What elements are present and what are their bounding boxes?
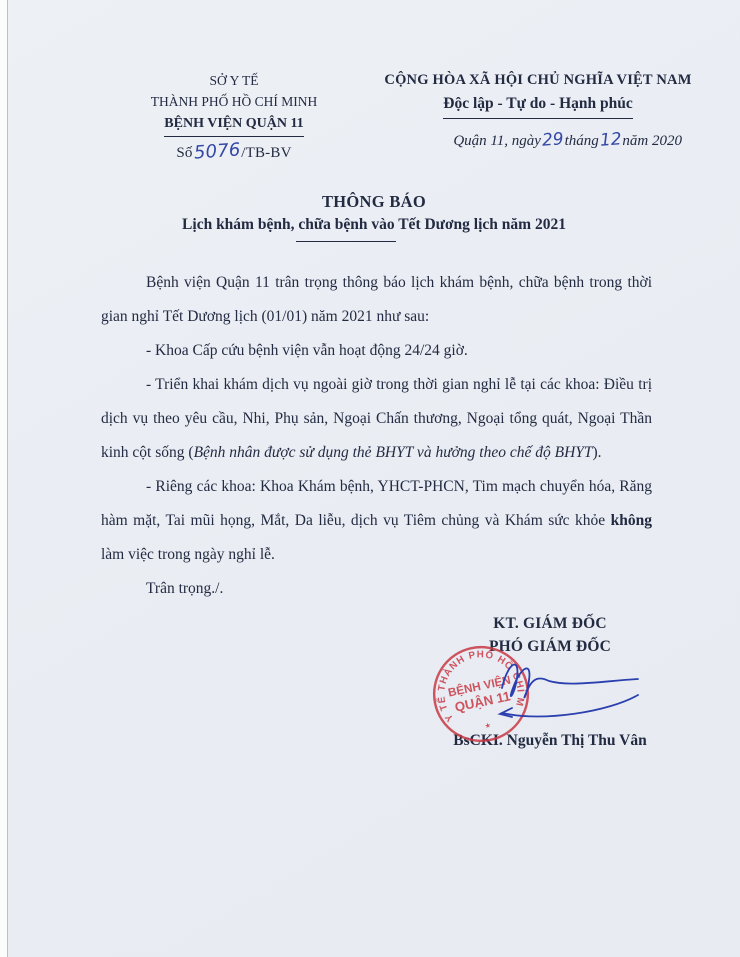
handwritten-day: 29 xyxy=(542,139,564,141)
document-number: Số5076/TB-BV xyxy=(104,143,364,164)
handwritten-month: 12 xyxy=(600,139,622,141)
national-motto-block: CỘNG HÒA XÃ HỘI CHỦ NGHĨA VIỆT NAM Độc l… xyxy=(376,70,700,150)
document-subtitle: Lịch khám bệnh, chữa bệnh vào Tết Dương … xyxy=(8,216,740,234)
paragraph-intro: Bệnh viện Quận 11 trân trọng thông báo l… xyxy=(101,266,652,334)
date-line: Quận 11, ngày29tháng12năm 2020 xyxy=(376,133,700,150)
paragraph-emergency: - Khoa Cấp cứu bệnh viện vẫn hoạt động 2… xyxy=(101,334,652,368)
motto-line: Độc lập - Tự do - Hạnh phúc xyxy=(376,93,700,119)
document-title: THÔNG BÁO xyxy=(8,192,740,212)
org-name-line: BỆNH VIỆN QUẬN 11 xyxy=(104,113,364,137)
handwritten-signature-icon xyxy=(492,650,648,730)
scan-edge xyxy=(0,0,7,957)
bold-emphasis: không xyxy=(611,512,652,529)
stamp-and-signature-area: SỞ Y TẾ THÀNH PHỐ HỒ CHÍ MINH BỆNH VIỆN … xyxy=(400,658,700,732)
italic-note: Bệnh nhân được sử dụng thẻ BHYT và hưởng… xyxy=(194,444,593,461)
title-underline xyxy=(296,241,396,242)
paper: SỞ Y TẾ THÀNH PHỐ HỒ CHÍ MINH BỆNH VIỆN … xyxy=(7,0,740,957)
handwritten-number: 5076 xyxy=(194,150,240,153)
number-prefix: Số xyxy=(176,145,192,161)
issuing-org-block: SỞ Y TẾ THÀNH PHỐ HỒ CHÍ MINH BỆNH VIỆN … xyxy=(104,70,364,164)
signature-block: KT. GIÁM ĐỐC PHÓ GIÁM ĐỐC SỞ Y TẾ THÀNH … xyxy=(400,612,700,750)
document-page: SỞ Y TẾ THÀNH PHỐ HỒ CHÍ MINH BỆNH VIỆN … xyxy=(0,0,740,957)
republic-line: CỘNG HÒA XÃ HỘI CHỦ NGHĨA VIỆT NAM xyxy=(376,70,700,91)
org-city-line: THÀNH PHỐ HỒ CHÍ MINH xyxy=(104,91,364,112)
title-block: THÔNG BÁO Lịch khám bệnh, chữa bệnh vào … xyxy=(8,192,740,242)
star-icon: ★ xyxy=(484,721,492,730)
number-suffix: /TB-BV xyxy=(241,145,291,161)
document-body: Bệnh viện Quận 11 trân trọng thông báo l… xyxy=(101,266,652,606)
org-parent-line: SỞ Y TẾ xyxy=(104,70,364,91)
document-header: SỞ Y TẾ THÀNH PHỐ HỒ CHÍ MINH BỆNH VIỆN … xyxy=(8,70,740,164)
paragraph-closing: Trân trọng./. xyxy=(101,572,652,606)
signer-role-line1: KT. GIÁM ĐỐC xyxy=(400,612,700,635)
paragraph-services: - Triển khai khám dịch vụ ngoài giờ tron… xyxy=(101,368,652,470)
paragraph-closed-departments: - Riêng các khoa: Khoa Khám bệnh, YHCT-P… xyxy=(101,470,652,572)
